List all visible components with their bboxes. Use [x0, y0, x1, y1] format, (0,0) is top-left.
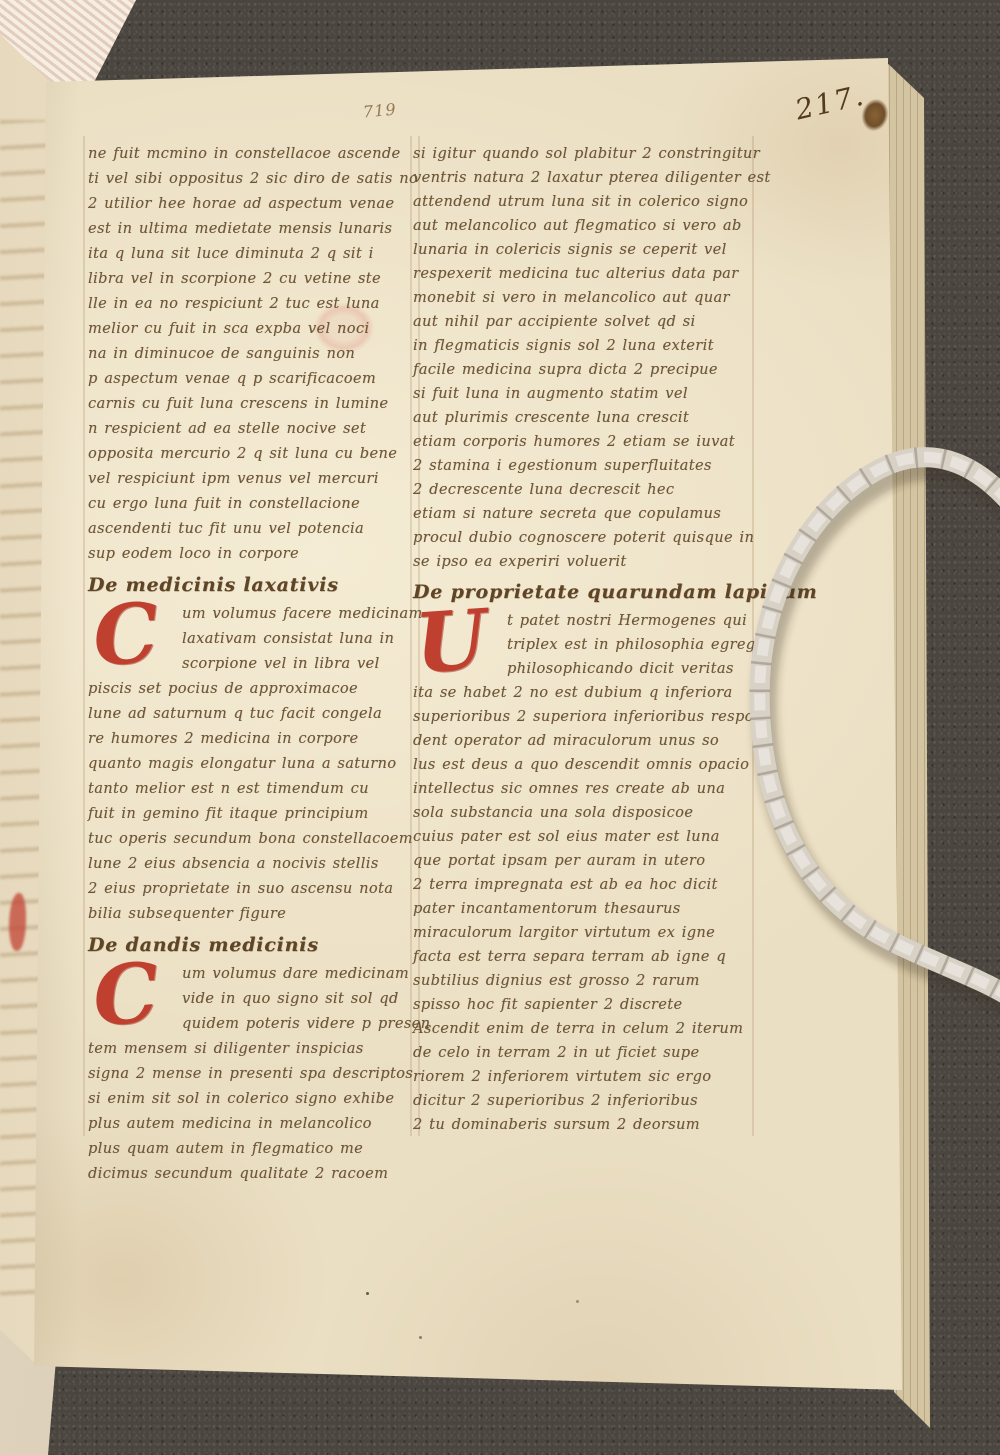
manuscript-text-line: n respicient ad ea stelle nocive set	[88, 417, 420, 442]
manuscript-text-line: 2 stamina i egestionum superfluitates	[413, 454, 753, 478]
rubric-initial: U	[403, 602, 500, 682]
manuscript-text-line: in flegmaticis signis sol 2 luna exterit	[413, 334, 753, 358]
manuscript-text-line: lus est deus a quo descendit omnis opaci…	[413, 753, 753, 777]
manuscript-text-line: melior cu fuit in sca expba vel noci	[88, 317, 420, 342]
manuscript-text-line: procul dubio cognoscere poterit quisque …	[413, 526, 753, 550]
manuscript-text-line: ita q luna sit luce diminuta 2 q sit i	[88, 242, 420, 267]
manuscript-text-line: opposita mercurio 2 q sit luna cu bene	[88, 442, 420, 467]
manuscript-text-line: um volumus facere medicinam	[182, 602, 420, 627]
parchment-speck	[366, 1292, 369, 1295]
parchment-speck	[419, 1336, 422, 1339]
manuscript-text-line: ascendenti tuc fit unu vel potencia	[88, 517, 420, 542]
manuscript-text-line: dicitur 2 superioribus 2 inferioribus	[413, 1089, 753, 1113]
manuscript-text-line: lunaria in colericis signis se ceperit v…	[413, 238, 753, 262]
manuscript-text-line: quidem poteris videre p presen	[182, 1012, 420, 1037]
manuscript-text-line: si fuit luna in augmento statim vel	[413, 382, 753, 406]
manuscript-text-line: subtilius dignius est grosso 2 rarum	[413, 969, 753, 993]
manuscript-text-line: philosophicando dicit veritas	[507, 657, 753, 681]
parchment-speck	[576, 1300, 579, 1303]
manuscript-text-line: ti vel sibi oppositus 2 sic diro de sati…	[88, 167, 420, 192]
manuscript-text-line: 2 utilior hee horae ad aspectum venae	[88, 192, 420, 217]
paragraph: C um volumus facere medicinamlaxativam c…	[88, 602, 420, 927]
manuscript-text-line: superioribus 2 superiora inferioribus re…	[413, 705, 753, 729]
manuscript-text-line: tuc operis secundum bona constellacoem	[88, 827, 420, 852]
manuscript-text-line: ne fuit mcmino in constellacoe ascende	[88, 142, 420, 167]
manuscript-text-line: aut melancolico aut flegmatico si vero a…	[413, 214, 753, 238]
manuscript-text-line: 2 eius proprietate in suo ascensu nota	[88, 877, 420, 902]
manuscript-text-line: fuit in gemino fit itaque principium	[88, 802, 420, 827]
manuscript-text-line: quanto magis elongatur luna a saturno	[88, 752, 420, 777]
manuscript-text-line: p aspectum venae q p scarificacoem	[88, 367, 420, 392]
manuscript-text-line: intellectus sic omnes res create ab una	[413, 777, 753, 801]
manuscript-text-line: facile medicina supra dicta 2 precipue	[413, 358, 753, 382]
manuscript-text-line: lle in ea no respiciunt 2 tuc est luna	[88, 292, 420, 317]
manuscript-text-line: libra vel in scorpione 2 cu vetine ste	[88, 267, 420, 292]
paragraph: ne fuit mcmino in constellacoe ascendeti…	[88, 142, 420, 567]
manuscript-text-line: sup eodem loco in corpore	[88, 542, 420, 567]
manuscript-text-line: sola substancia una sola disposicoe	[413, 801, 753, 825]
paragraph: C um volumus dare medicinamvide in quo s…	[88, 962, 420, 1187]
manuscript-text-line: signa 2 mense in presenti spa descriptos	[88, 1062, 420, 1087]
manuscript-text-line: se ipso ea experiri voluerit	[413, 550, 753, 574]
manuscript-text-line: plus autem medicina in melancolico	[88, 1112, 420, 1137]
manuscript-text-line: dicimus secundum qualitate 2 racoem	[88, 1162, 420, 1187]
manuscript-text-line: vel respiciunt ipm venus vel mercuri	[88, 467, 420, 492]
manuscript-text-line: est in ultima medietate mensis lunaris	[88, 217, 420, 242]
paragraph: U t patet nostri Hermogenes quitriplex e…	[413, 609, 753, 1137]
left-text-column: ne fuit mcmino in constellacoe ascendeti…	[88, 142, 420, 1187]
manuscript-text-line: laxativam consistat luna in	[182, 627, 420, 652]
manuscript-photo-stage: 719 217. ne fuit mcmino in constellacoe …	[0, 0, 1000, 1455]
manuscript-text-line: t patet nostri Hermogenes qui	[507, 609, 753, 633]
manuscript-text-line: respexerit medicina tuc alterius data pa…	[413, 262, 753, 286]
manuscript-text-line: si enim sit sol in colerico signo exhibe	[88, 1087, 420, 1112]
manuscript-text-line: riorem 2 inferiorem virtutem sic ergo	[413, 1065, 753, 1089]
manuscript-text-line: scorpione vel in libra vel	[182, 652, 420, 677]
rubric-initial: C	[78, 595, 175, 675]
manuscript-text-line: re humores 2 medicina in corpore	[88, 727, 420, 752]
manuscript-text-line: ventris natura 2 laxatur pterea diligent…	[413, 166, 753, 190]
manuscript-text-line: cu ergo luna fuit in constellacione	[88, 492, 420, 517]
manuscript-text-line: miraculorum largitor virtutum ex igne	[413, 921, 753, 945]
manuscript-text-line: bilia subsequenter figure	[88, 902, 420, 927]
manuscript-text-line: lune 2 eius absencia a nocivis stellis	[88, 852, 420, 877]
right-text-column: si igitur quando sol plabitur 2 constrin…	[413, 142, 753, 1137]
manuscript-text-line: que portat ipsam per auram in utero	[413, 849, 753, 873]
manuscript-text-line: lune ad saturnum q tuc facit congela	[88, 702, 420, 727]
manuscript-text-line: cuius pater est sol eius mater est luna	[413, 825, 753, 849]
manuscript-text-line: si igitur quando sol plabitur 2 constrin…	[413, 142, 753, 166]
manuscript-text-line: monebit si vero in melancolico aut quar	[413, 286, 753, 310]
manuscript-text-line: 2 terra impregnata est ab ea hoc dicit	[413, 873, 753, 897]
manuscript-text-line: tanto melior est n est timendum cu	[88, 777, 420, 802]
manuscript-text-line: um volumus dare medicinam	[182, 962, 420, 987]
manuscript-text-line: na in diminucoe de sanguinis non	[88, 342, 420, 367]
manuscript-text-line: de celo in terram 2 in ut ficiet supe	[413, 1041, 753, 1065]
manuscript-text-line: aut nihil par accipiente solvet qd si	[413, 310, 753, 334]
paragraph: si igitur quando sol plabitur 2 constrin…	[413, 142, 753, 574]
manuscript-text-line: carnis cu fuit luna crescens in lumine	[88, 392, 420, 417]
manuscript-text-line: etiam corporis humores 2 etiam se iuvat	[413, 430, 753, 454]
manuscript-text-line: dent operator ad miraculorum unus so	[413, 729, 753, 753]
manuscript-text-line: pater incantamentorum thesaurus	[413, 897, 753, 921]
manuscript-text-line: triplex est in philosophia egregie	[507, 633, 753, 657]
manuscript-text-line: attendend utrum luna sit in colerico sig…	[413, 190, 753, 214]
manuscript-text-line: aut plurimis crescente luna crescit	[413, 406, 753, 430]
manuscript-text-line: 2 decrescente luna decrescit hec	[413, 478, 753, 502]
manuscript-text-line: etiam si nature secreta que copulamus	[413, 502, 753, 526]
manuscript-text-line: spisso hoc fit sapienter 2 discrete	[413, 993, 753, 1017]
manuscript-text-line: Ascendit enim de terra in celum 2 iterum	[413, 1017, 753, 1041]
manuscript-text-line: 2 tu dominaberis sursum 2 deorsum	[413, 1113, 753, 1137]
manuscript-text-line: plus quam autem in flegmatico me	[88, 1137, 420, 1162]
manuscript-text-line: facta est terra separa terram ab igne q	[413, 945, 753, 969]
rubric-initial: C	[78, 955, 175, 1035]
folio-number-center: 719	[362, 100, 397, 122]
manuscript-text-line: vide in quo signo sit sol qd	[182, 987, 420, 1012]
